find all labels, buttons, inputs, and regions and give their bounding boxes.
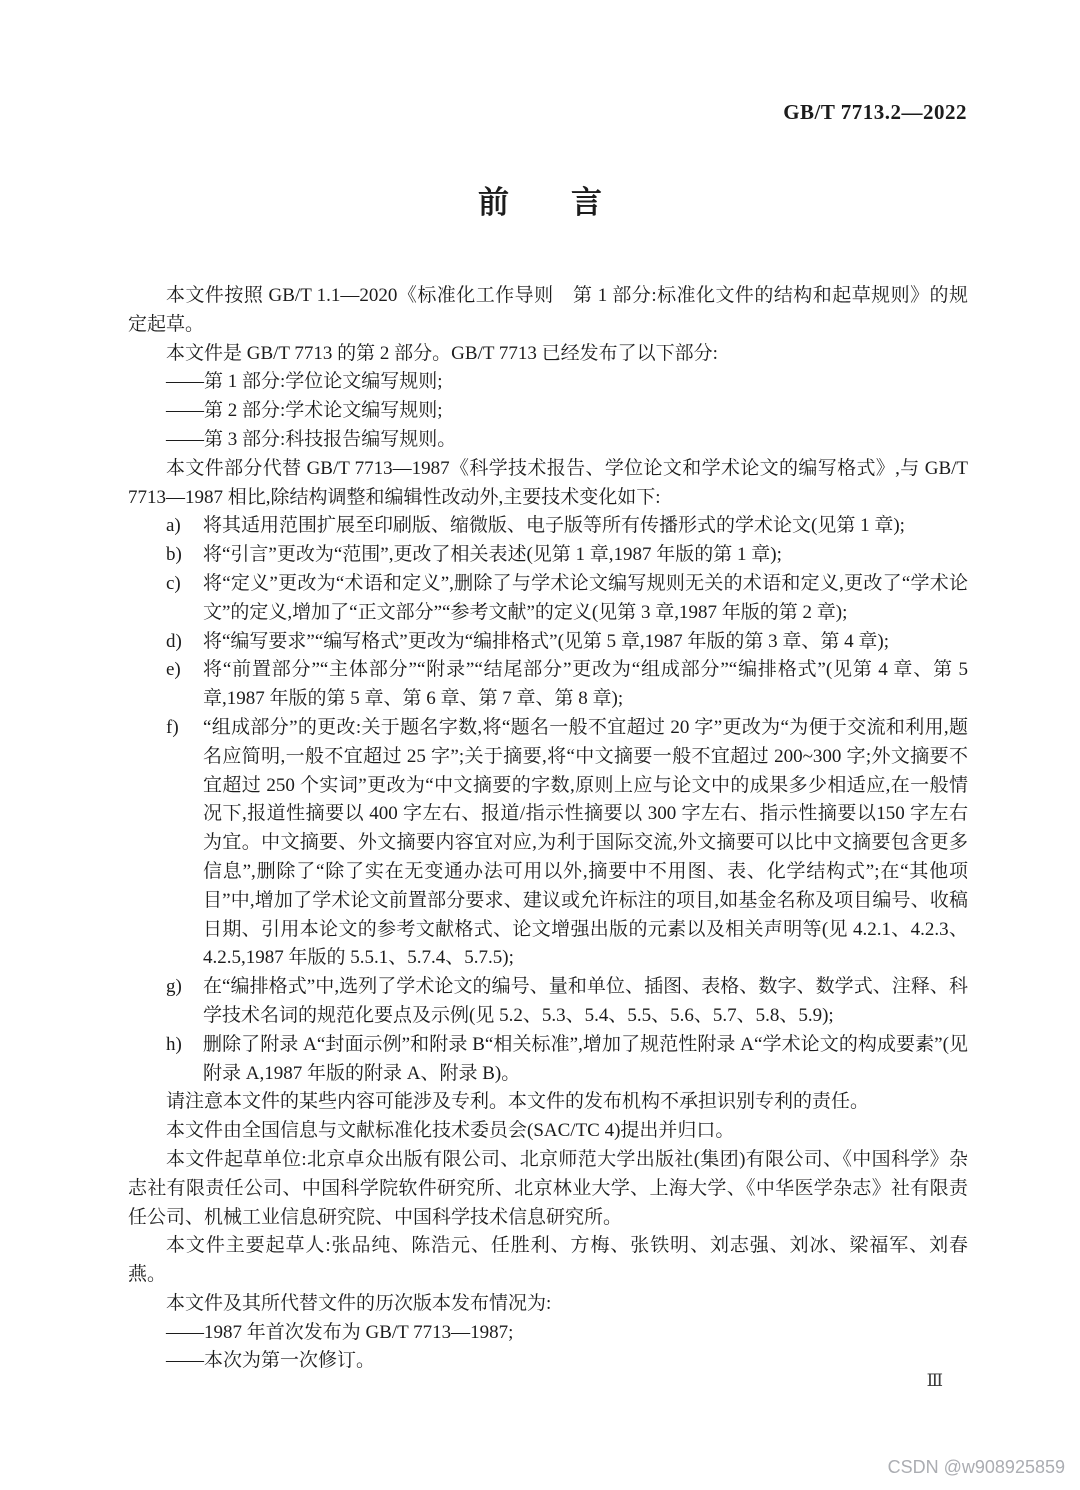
change-item-b: b) 将“引言”更改为“范围”,更改了相关表述(见第 1 章,1987 年版的第… [128,541,968,570]
change-text: 在“编排格式”中,选列了学术论文的编号、量和单位、插图、表格、数字、数学式、注释… [203,973,968,1031]
change-text: 将“引言”更改为“范围”,更改了相关表述(见第 1 章,1987 年版的第 1 … [203,541,968,570]
change-text: 将“前置部分”“主体部分”“附录”“结尾部分”更改为“组成部分”“编排格式”(见… [203,656,968,714]
list-item-part2: ——第 2 部分:学术论文编写规则; [128,397,968,426]
paragraph-committee: 本文件由全国信息与文献标准化技术委员会(SAC/TC 4)提出并归口。 [128,1117,968,1146]
change-text: “组成部分”的更改:关于题名字数,将“题名一般不宜超过 20 字”更改为“为便于… [203,714,968,973]
paragraph-patent-notice: 请注意本文件的某些内容可能涉及专利。本文件的发布机构不承担识别专利的责任。 [128,1088,968,1117]
change-item-c: c) 将“定义”更改为“术语和定义”,删除了与学术论文编写规则无关的术语和定义,… [128,570,968,628]
paragraph-drafting-organizations: 本文件起草单位:北京卓众出版有限公司、北京师范大学出版社(集团)有限公司、《中国… [128,1146,968,1232]
change-marker: a) [166,512,203,541]
paragraph-replacement: 本文件部分代替 GB/T 7713—1987《科学技术报告、学位论文和学术论文的… [128,455,968,513]
change-text: 将“编写要求”“编写格式”更改为“编排格式”(见第 5 章,1987 年版的第 … [203,628,968,657]
change-item-a: a) 将其适用范围扩展至印刷版、缩微版、电子版等所有传播形式的学术论文(见第 1… [128,512,968,541]
paragraph-history-intro: 本文件及其所代替文件的历次版本发布情况为: [128,1290,968,1319]
change-item-e: e) 将“前置部分”“主体部分”“附录”“结尾部分”更改为“组成部分”“编排格式… [128,656,968,714]
list-item-part1: ——第 1 部分:学位论文编写规则; [128,368,968,397]
document-page: GB/T 7713.2—2022 前 言 本文件按照 GB/T 1.1—2020… [0,0,1080,1490]
change-text: 删除了附录 A“封面示例”和附录 B“相关标准”,增加了规范性附录 A“学术论文… [203,1031,968,1089]
change-text: 将“定义”更改为“术语和定义”,删除了与学术论文编写规则无关的术语和定义,更改了… [203,570,968,628]
change-text: 将其适用范围扩展至印刷版、缩微版、电子版等所有传播形式的学术论文(见第 1 章)… [203,512,968,541]
standard-number: GB/T 7713.2—2022 [783,100,967,125]
change-item-h: h) 删除了附录 A“封面示例”和附录 B“相关标准”,增加了规范性附录 A“学… [128,1031,968,1089]
history-item-first-publication: ——1987 年首次发布为 GB/T 7713—1987; [128,1319,968,1348]
change-marker: c) [166,570,203,628]
page-number: Ⅲ [927,1371,943,1391]
change-marker: g) [166,973,203,1031]
change-marker: h) [166,1031,203,1089]
change-marker: f) [166,714,203,973]
change-marker: e) [166,656,203,714]
page-title: 前 言 [0,181,1080,224]
paragraph-drafters: 本文件主要起草人:张品纯、陈浩元、任胜利、方梅、张铁明、刘志强、刘冰、梁福军、刘… [128,1232,968,1290]
foreword-body: 本文件按照 GB/T 1.1—2020《标准化工作导则 第 1 部分:标准化文件… [128,282,968,1376]
change-item-g: g) 在“编排格式”中,选列了学术论文的编号、量和单位、插图、表格、数字、数学式… [128,973,968,1031]
list-item-part3: ——第 3 部分:科技报告编写规则。 [128,426,968,455]
paragraph-series-intro: 本文件是 GB/T 7713 的第 2 部分。GB/T 7713 已经发布了以下… [128,340,968,369]
paragraph-basis: 本文件按照 GB/T 1.1—2020《标准化工作导则 第 1 部分:标准化文件… [128,282,968,340]
change-marker: b) [166,541,203,570]
csdn-watermark: CSDN @w908925859 [888,1457,1065,1478]
change-marker: d) [166,628,203,657]
change-item-d: d) 将“编写要求”“编写格式”更改为“编排格式”(见第 5 章,1987 年版… [128,628,968,657]
change-item-f: f) “组成部分”的更改:关于题名字数,将“题名一般不宜超过 20 字”更改为“… [128,714,968,973]
history-item-first-revision: ——本次为第一次修订。 [128,1347,968,1376]
